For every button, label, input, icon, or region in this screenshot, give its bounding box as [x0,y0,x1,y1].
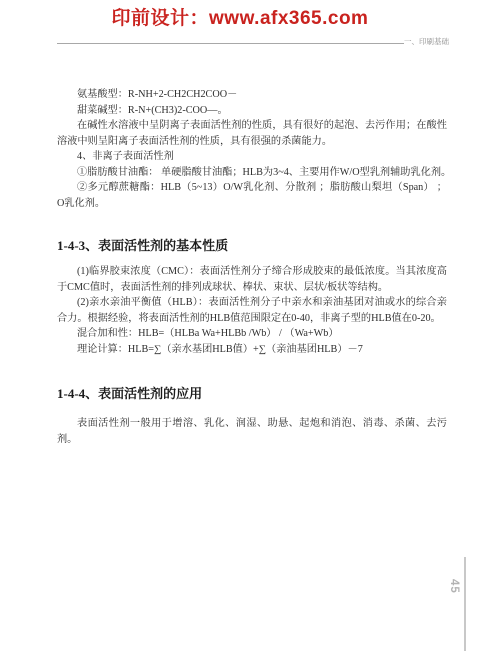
text-line: ①脂肪酸甘油酯： 单硬脂酸甘油酯；HLB为3~4、主要用作W/O型乳剂辅助乳化剂… [57,165,447,181]
text-line: 剂。 [57,432,447,448]
scanned-document-page: { "banner": { "text": "印前设计：www.afx365.c… [0,0,480,651]
text-line: 表面活性剂一般用于增溶、乳化、润湿、助悬、起炮和消泡、消毒、杀菌、去污 [57,416,447,432]
text-line: 氨基酸型：R-NH+2-CH2CH2COO－ [57,87,447,103]
text-line: 理论计算：HLB=∑（亲水基团HLB值）+∑（亲油基团HLB）－7 [57,342,447,358]
text-line: 甜菜碱型：R-N+(CH3)2-COO—。 [57,103,447,119]
header-rule [57,43,404,44]
text-line: 4、非离子表面活性剂 [57,149,447,165]
text-line: 于CMC值时，表面活性剂的排列成球状、棒状、束状、层状/板状等结构。 [57,280,447,296]
section-heading: 1-4-4、表面活性剂的应用 [57,385,447,402]
text-line: ②多元醇蔗糖酯：HLB（5~13）O/W乳化剂、分散剂 ；脂肪酸山梨坦（Span… [57,180,447,196]
text-line: O乳化剂。 [57,196,447,212]
header-section-label: 一、印刷基础 [404,36,448,47]
document-body: 氨基酸型：R-NH+2-CH2CH2COO－甜菜碱型：R-N+(CH3)2-CO… [57,87,447,447]
section-heading: 1-4-3、表面活性剂的基本性质 [57,237,447,254]
text-line: (2)亲水亲油平衡值（HLB）：表面活性剂分子中亲水和亲油基团对油或水的综合亲 [57,295,447,311]
text-line: 溶液中则呈阳离子表面活性剂的性质，具有很强的杀菌能力。 [57,134,447,150]
text-line: (1)临界胶束浓度（CMC）：表面活性剂分子缔合形成胶束的最低浓度。当其浓度高 [57,264,447,280]
promo-banner: 印前设计：www.afx365.com [0,3,480,30]
text-line: 混合加和性：HLB=（HLBa Wa+HLBb /Wb） / （Wa+Wb） [57,326,447,342]
page-number: 45 [448,579,460,594]
text-line: 在碱性水溶液中呈阴离子表面活性剂的性质，具有很好的起泡、去污作用；在酸性 [57,118,447,134]
page-edge-line [464,557,466,651]
text-line: 合力。根据经验，将表面活性剂的HLB值范围限定在0-40，非离子型的HLB值在0… [57,311,447,327]
